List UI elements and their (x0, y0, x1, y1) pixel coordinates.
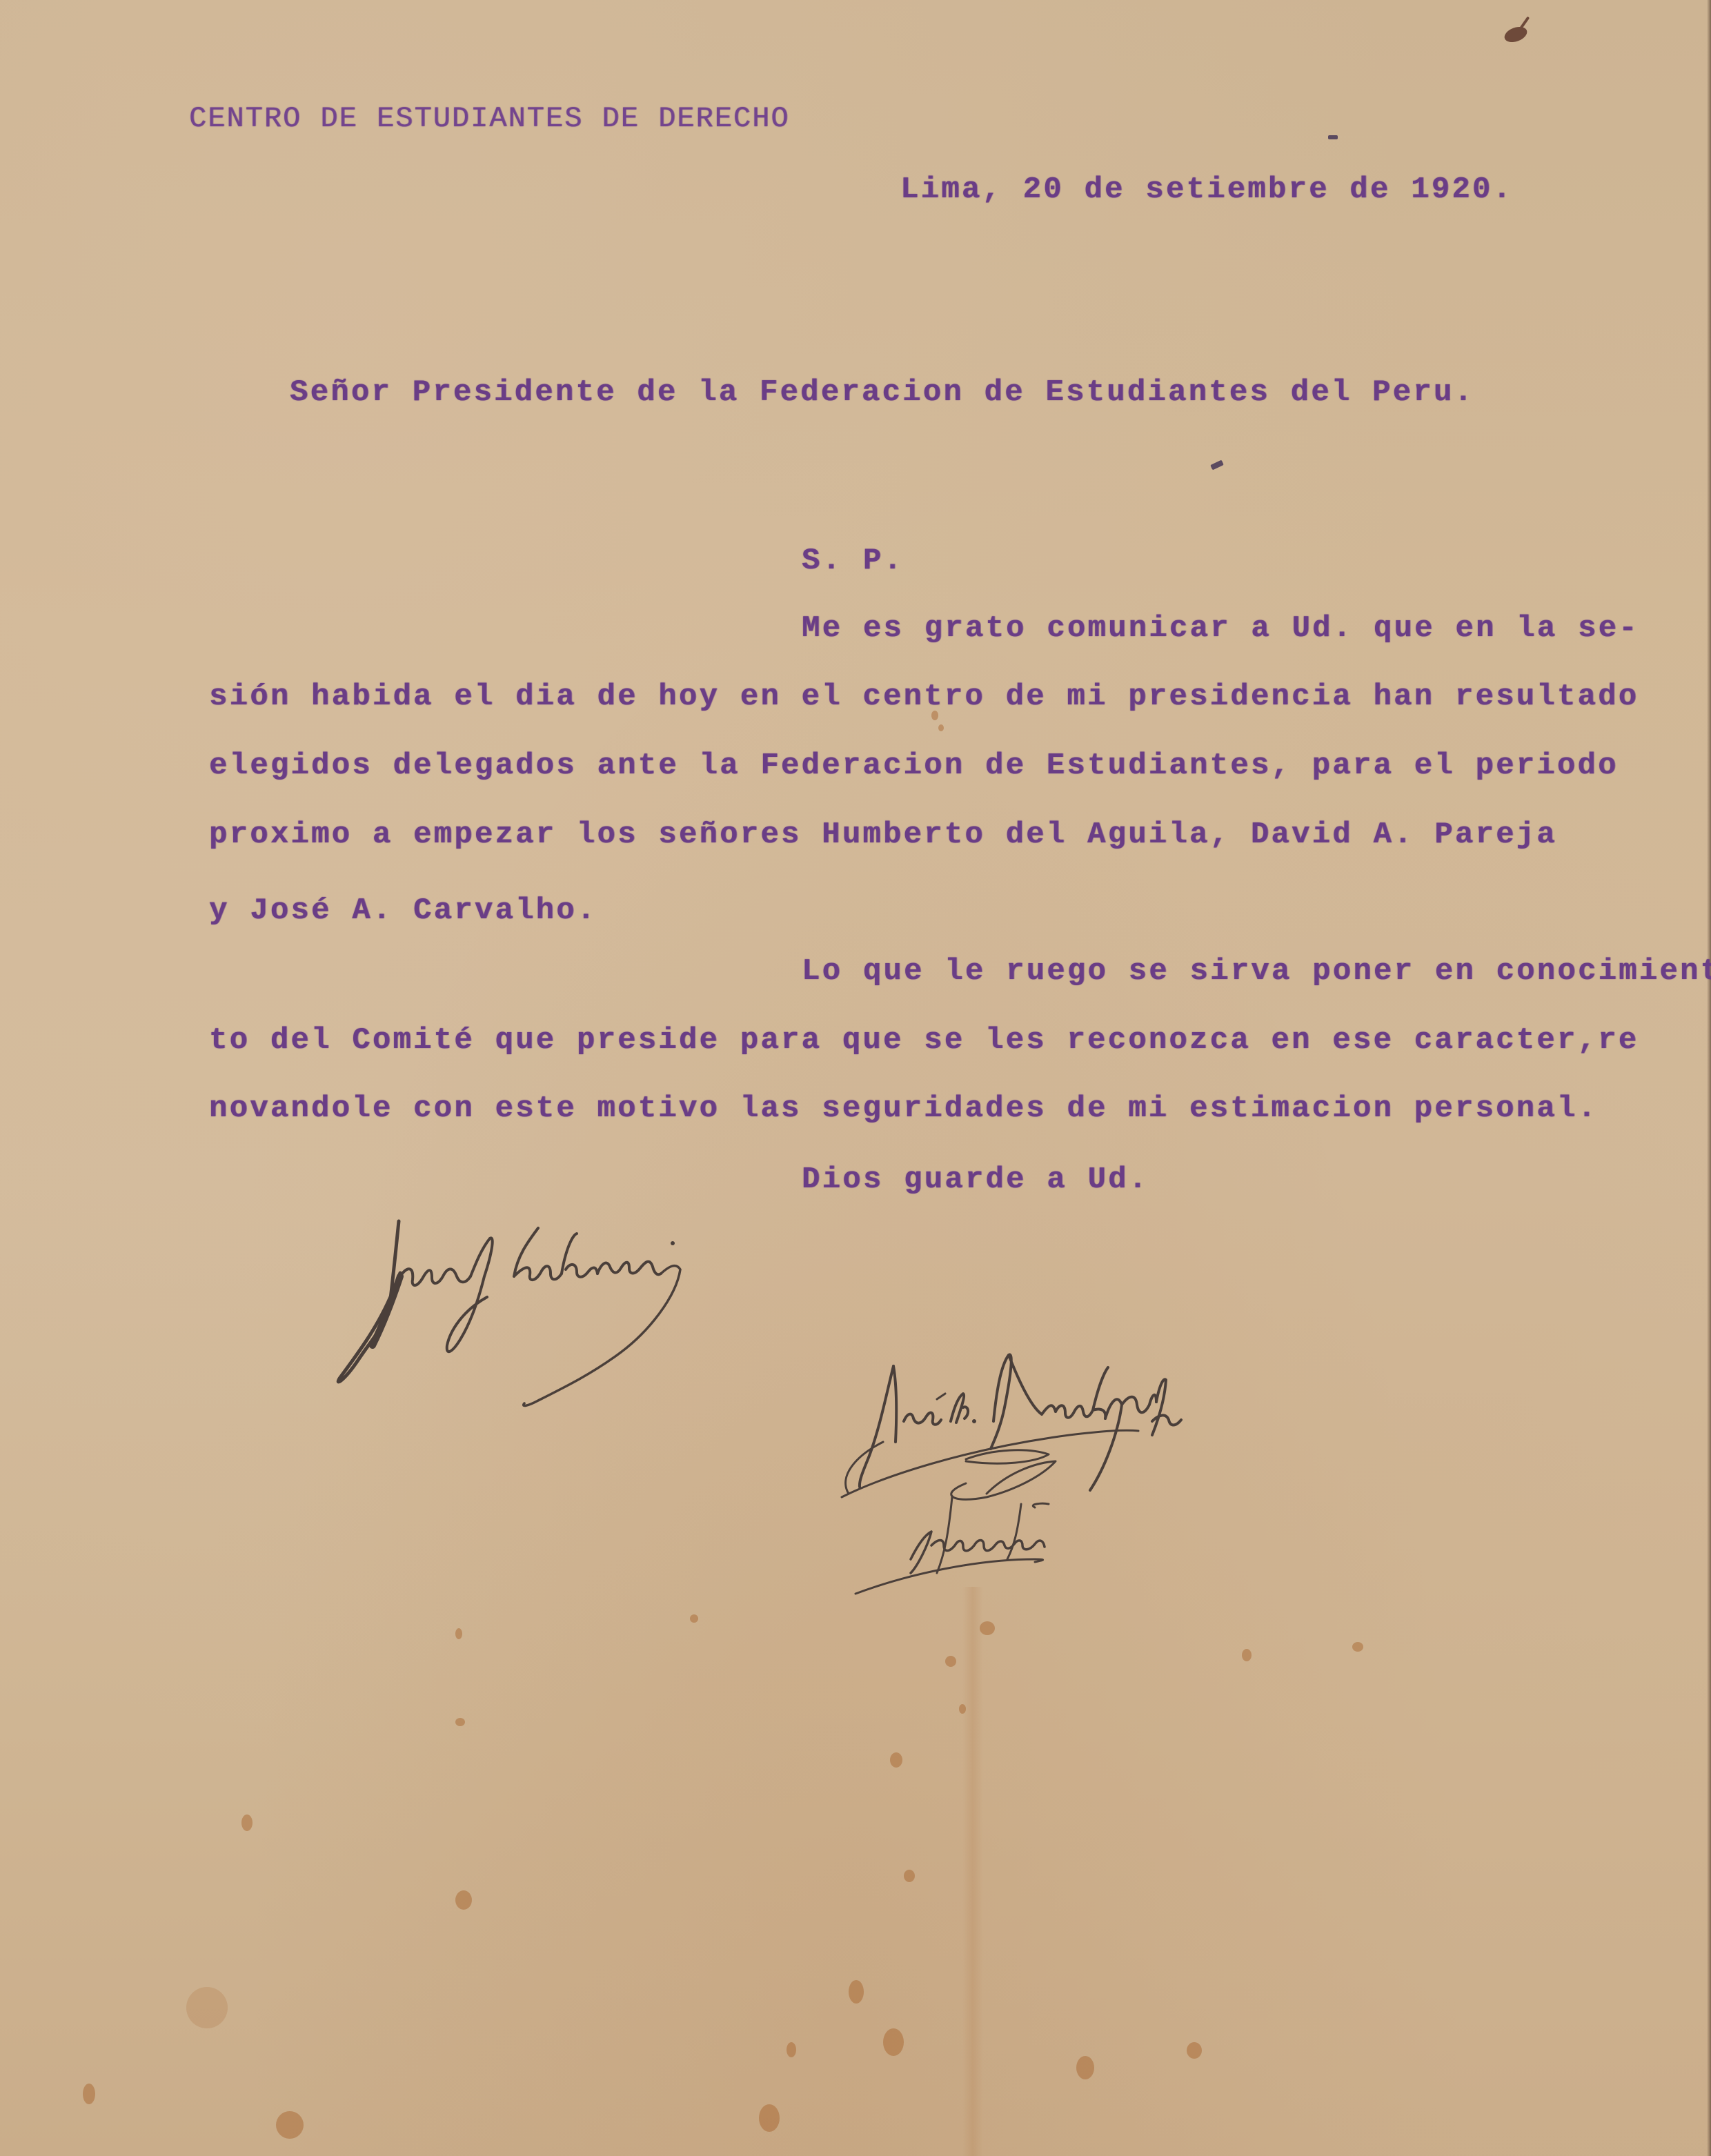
body-line: y José A. Carvalho. (209, 893, 597, 928)
ink-speck (1328, 135, 1338, 139)
salutation: S. P. (802, 544, 904, 578)
body-line: elegidos delegados ante la Federacion de… (209, 749, 1619, 783)
dateline: Lima, 20 de setiembre de 1920. (900, 172, 1513, 207)
ink-speck (1210, 460, 1224, 471)
body-line: Lo que le ruego se sirva poner en conoci… (802, 954, 1711, 989)
body-line: Me es grato comunicar a Ud. que en la se… (802, 611, 1639, 646)
letter-page: CENTRO DE ESTUDIANTES DE DERECHO Lima, 2… (0, 0, 1711, 2156)
ink-blot-mark (1503, 24, 1530, 45)
paper-fold-stain (962, 1587, 983, 2156)
addressee-line: Señor Presidente de la Federacion de Est… (290, 375, 1474, 410)
body-line: to del Comité que preside para que se le… (209, 1023, 1639, 1058)
body-line: novandole con este motivo las seguridade… (209, 1091, 1598, 1126)
letterhead: CENTRO DE ESTUDIANTES DE DERECHO (189, 102, 790, 135)
body-line: sión habida el dia de hoy en el centro d… (209, 680, 1639, 714)
signature-jose-montejuba (828, 1338, 1518, 1601)
body-line: proximo a empezar los señores Humberto d… (209, 818, 1557, 852)
closing-line: Dios guarde a Ud. (802, 1163, 1149, 1197)
page-edge-shadow (1707, 0, 1711, 2156)
